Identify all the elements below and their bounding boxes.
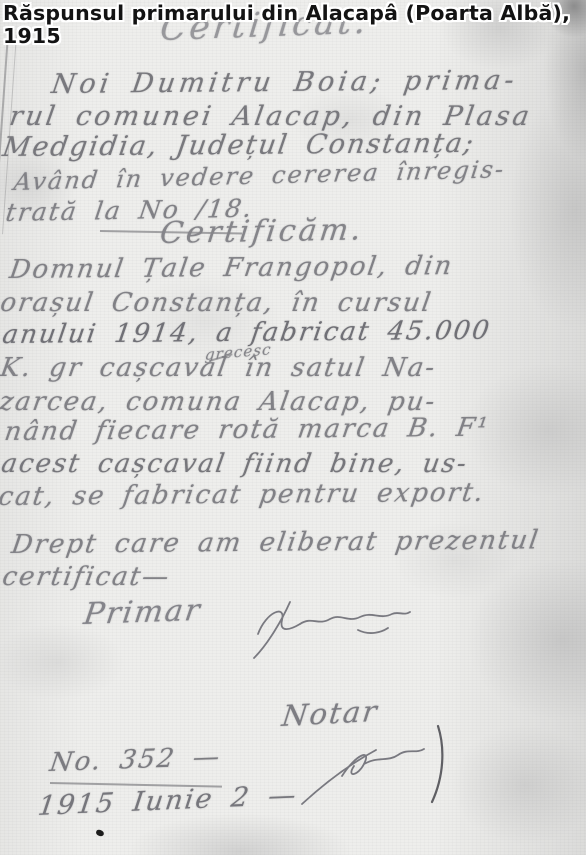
registry-number: No. 352 — — [48, 742, 224, 778]
registry-date: 1915 Iunie 2 — — [36, 781, 299, 822]
certify-heading: Certificăm. — [158, 215, 365, 249]
inserted-word: grecesc — [204, 334, 273, 370]
body-line-2: orașul Constanța, în cursul — [0, 288, 435, 318]
opening-line-1: Noi Dumitru Boia; prima- — [50, 66, 520, 100]
closing-line-2: certificat— — [0, 562, 172, 592]
caption-line-2: 1915 — [3, 25, 570, 48]
body-line-7: acest cașcaval fiind bine, us- — [0, 449, 470, 479]
body-line-8: cat, se fabricat pentru export. — [0, 478, 487, 512]
closing-line-1: Drept care am eliberat prezentul — [10, 525, 542, 560]
photo-caption: Răspunsul primarului din Alacapâ (Poarta… — [3, 2, 570, 48]
caption-line-1: Răspunsul primarului din Alacapâ (Poarta… — [3, 2, 570, 25]
primar-label: Primar — [82, 596, 204, 630]
ink-spot — [95, 829, 104, 837]
body-line-1: Domnul Țale Frangopol, din — [8, 251, 456, 285]
scanned-certificate-document: Răspunsul primarului din Alacapâ (Poarta… — [0, 0, 586, 855]
notar-signature — [298, 720, 466, 810]
body-line-5: zarcea, comuna Alacap, pu- — [0, 387, 439, 417]
primar-signature — [238, 592, 418, 664]
body-line-6: nând fiecare rotă marca B. F¹ — [3, 413, 492, 447]
